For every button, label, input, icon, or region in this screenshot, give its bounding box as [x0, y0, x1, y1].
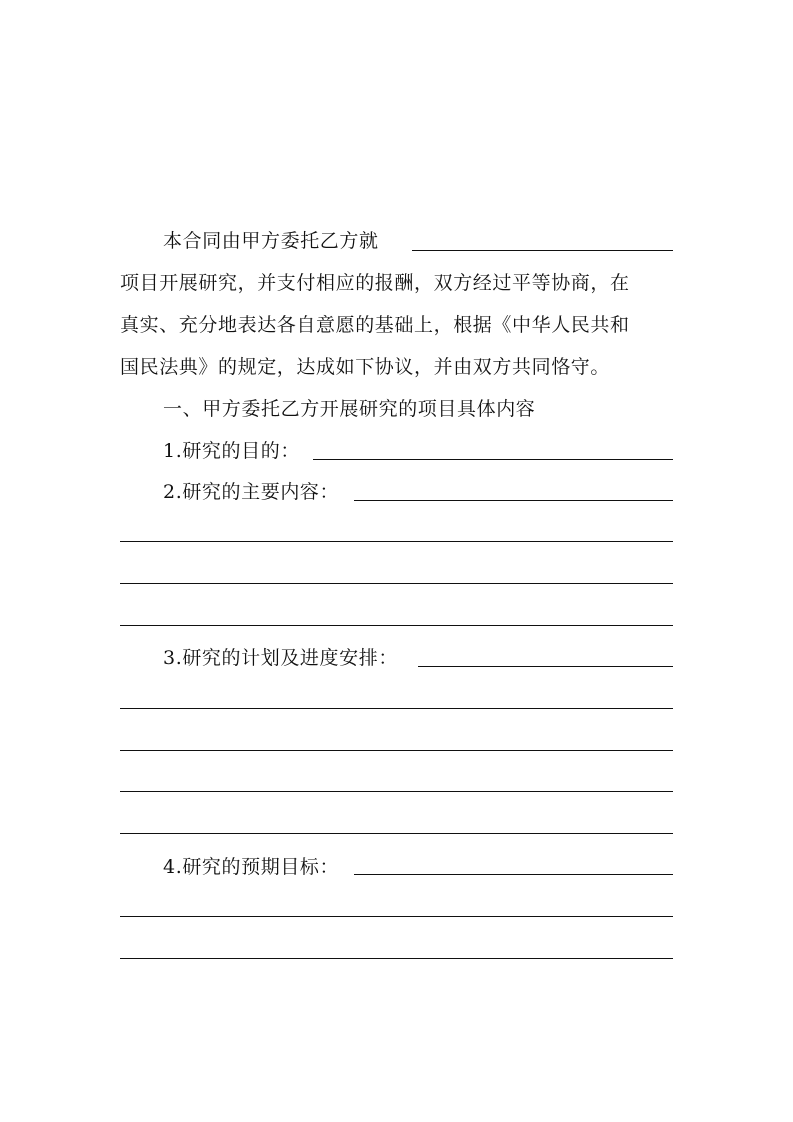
content-blank[interactable] — [354, 500, 673, 501]
goal-blank[interactable] — [354, 874, 673, 875]
item-content-label: 2.研究的主要内容： — [163, 480, 339, 504]
section-heading: 一、甲方委托乙方开展研究的项目具体内容 — [163, 397, 535, 421]
intro-line-1: 本合同由甲方委托乙方就 — [163, 229, 379, 253]
goal-blank-line-3[interactable] — [120, 958, 673, 959]
intro-line-4: 国民法典》的规定，达成如下协议，并由双方共同恪守。 — [120, 355, 610, 379]
intro-line-2: 项目开展研究，并支付相应的报酬，双方经过平等协商，在 — [120, 271, 630, 295]
content-blank-line-2[interactable] — [120, 541, 673, 542]
content-blank-line-3[interactable] — [120, 583, 673, 584]
content-blank-line-4[interactable] — [120, 625, 673, 626]
item-goal-label: 4.研究的预期目标： — [163, 855, 339, 879]
item-plan-label: 3.研究的计划及进度安排： — [163, 646, 398, 670]
project-name-blank[interactable] — [412, 250, 673, 251]
purpose-blank[interactable] — [313, 459, 673, 460]
plan-blank-line-5[interactable] — [120, 833, 673, 834]
plan-blank-line-4[interactable] — [120, 791, 673, 792]
goal-blank-line-2[interactable] — [120, 916, 673, 917]
item-purpose-label: 1.研究的目的： — [163, 439, 300, 463]
intro-line-3: 真实、充分地表达各自意愿的基础上，根据《中华人民共和 — [120, 313, 630, 337]
plan-blank-line-2[interactable] — [120, 708, 673, 709]
plan-blank-line-3[interactable] — [120, 750, 673, 751]
plan-blank[interactable] — [418, 666, 673, 667]
